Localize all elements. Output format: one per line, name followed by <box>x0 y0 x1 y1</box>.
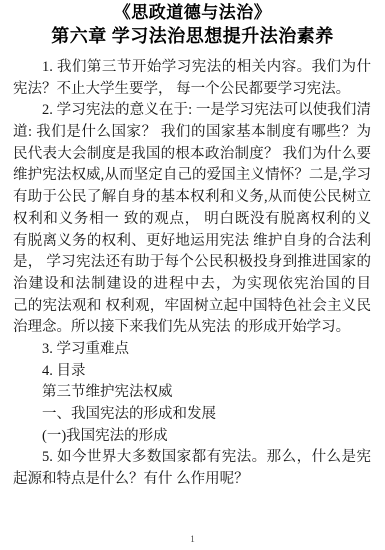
body-line: 宪法？不止大学生要学， 每一个公民都要学习宪法。 <box>13 79 371 101</box>
body-line: 有脱离义务的权利、更好地运用宪法 维护自身的合法利益。三 <box>13 231 371 253</box>
body-line: 4. 目录 <box>13 361 371 383</box>
page-number: 1 <box>0 534 385 544</box>
body-line: 权利和义务相一 致的观点， 明白既没有脱离权利的义务， 也没 <box>13 209 371 231</box>
body-line: 起源和特点是什么？有什 么作用呢？ <box>13 469 371 491</box>
body-line: 3. 学习重难点 <box>13 339 371 361</box>
body-line: 第三节维护宪法权威 <box>13 382 371 404</box>
body-line: 道: 我们是什么国家？ 我们的国家基本制度有哪些？为何说人 <box>13 122 371 144</box>
body-line: 一、我国宪法的形成和发展 <box>13 404 371 426</box>
body-line: 治建设和法制建设的进程中去，为实现依宪治国的目标，端正自 <box>13 274 371 296</box>
body-line: 有助于公民了解自身的基本权利和义务,从而使公民树立正确的 <box>13 187 371 209</box>
document-header: 《思政道德与法治》 第六章 学习法治思想提升法治素养 <box>0 0 385 48</box>
body-line: 己的宪法观和 权利观，牢固树立起中国特色社会主义民主与法 <box>13 296 371 318</box>
chapter-heading: 第六章 学习法治思想提升法治素养 <box>0 24 385 48</box>
body-line: 5. 如今世界大多数国家都有宪法。那么，什么是宪法？它的 <box>13 447 371 469</box>
body-line: 1. 我们第三节开始学习宪法的相关内容。我们为什么要学习 <box>13 57 371 79</box>
document-body: 1. 我们第三节开始学习宪法的相关内容。我们为什么要学习 宪法？不止大学生要学，… <box>13 57 371 491</box>
body-line: 民代表大会制度是我国的根本政治制度？ 我们为什么要遵守和 <box>13 144 371 166</box>
body-line: 2. 学习宪法的意义在于: 一是学习宪法可以使我们清晰地知 <box>13 100 371 122</box>
document-page: 《思政道德与法治》 第六章 学习法治思想提升法治素养 1. 我们第三节开始学习宪… <box>0 0 385 550</box>
body-line: 是， 学习宪法还有助于每个公民积极投身到推进国家的民 主政 <box>13 252 371 274</box>
body-line: 维护宪法权威,从而坚定自己的爱国主义情怀？二是,学习宪 法 <box>13 165 371 187</box>
body-line: (一)我国宪法的形成 <box>13 426 371 448</box>
body-line: 治理念。所以接下来我们先从宪法 的形成开始学习。 <box>13 317 371 339</box>
document-title: 《思政道德与法治》 <box>0 1 385 24</box>
